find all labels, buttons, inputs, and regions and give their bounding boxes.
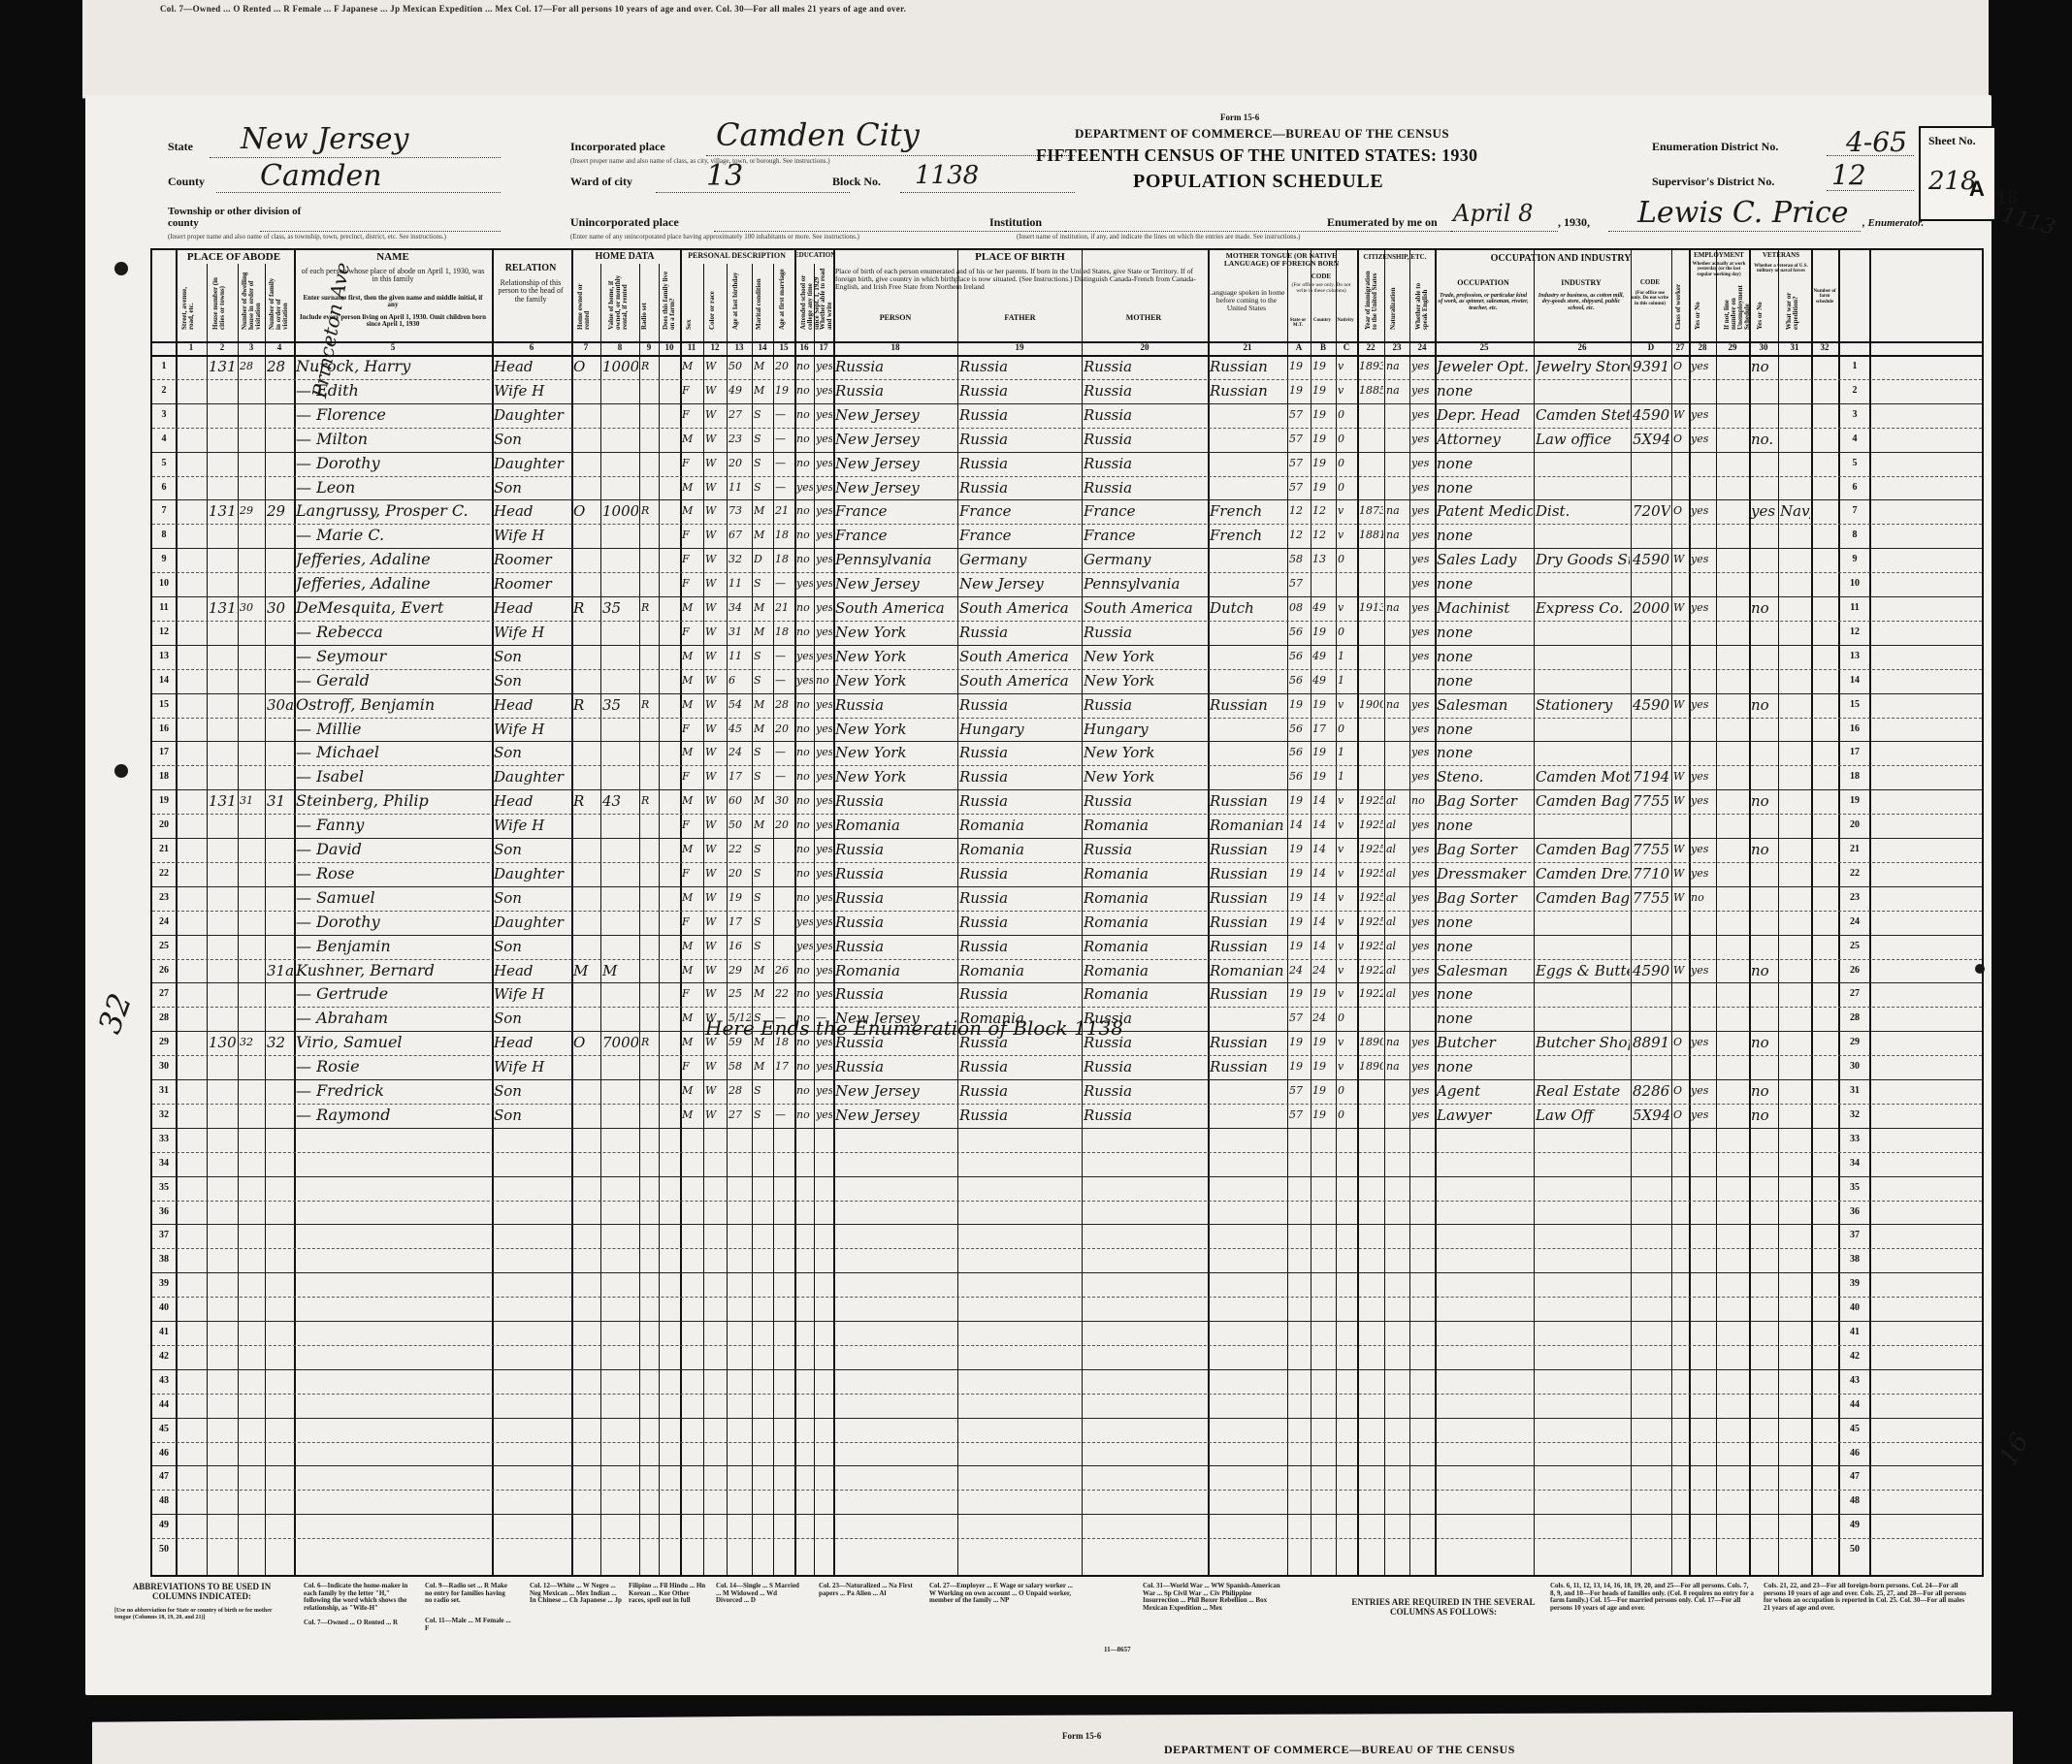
column-divider (814, 264, 815, 1575)
binder-hole (114, 262, 128, 275)
line-number-left: 18 (153, 771, 175, 782)
cell-age: 49 (728, 379, 751, 402)
column-number: A (1287, 342, 1311, 352)
cell-race: W (705, 548, 726, 571)
cell-natur: na (1386, 596, 1408, 620)
line-number-left: 11 (153, 602, 175, 613)
cell-age-marr: — (775, 765, 793, 788)
line-number-left: 25 (153, 941, 175, 951)
cell-relation: Daughter (494, 911, 570, 934)
cell-read: yes (816, 1104, 832, 1127)
cell-work: yes (1691, 428, 1715, 451)
line-number-right: 21 (1844, 844, 1865, 854)
cell-age-marr: — (775, 1104, 793, 1127)
cell-occ-code: 4590 (1633, 959, 1670, 982)
cell-pob: Russia (835, 886, 956, 910)
cell-name: — Benjamin (296, 935, 491, 958)
column-number: 9 (639, 342, 659, 352)
cell-code-b: 19 (1312, 476, 1335, 499)
cell-work: yes (1691, 548, 1715, 571)
line-number-right: 17 (1844, 747, 1865, 757)
cell-race: W (705, 911, 726, 934)
cell-occ-code: 4590 (1633, 403, 1670, 427)
row-rule (152, 1297, 1982, 1298)
cell-age-marr: — (775, 645, 793, 668)
cell-code-a: 56 (1289, 621, 1310, 644)
cell-read: yes (816, 693, 832, 717)
cell-code-c: 0 (1338, 1079, 1356, 1103)
cell-marital: S (754, 403, 772, 427)
cell-code-c: 0 (1338, 1007, 1356, 1030)
vheader-naturalization: Naturalization (1390, 270, 1397, 330)
cell-age: 22 (728, 838, 751, 861)
line-number-right: 44 (1844, 1399, 1865, 1410)
column-divider (1287, 250, 1288, 1575)
cell-english: yes (1411, 911, 1434, 934)
cell-code-c: 0 (1338, 621, 1356, 644)
cell-age: 17 (728, 911, 751, 934)
cell-work: yes (1691, 499, 1715, 523)
line-number-left: 49 (153, 1520, 175, 1530)
vheader-race: Color or race (709, 268, 716, 330)
cell-school: no (796, 499, 813, 523)
cell-age: 6 (728, 669, 751, 692)
cell-marital: S (754, 886, 772, 910)
row-rule (152, 1224, 1982, 1225)
cell-read: yes (816, 814, 832, 837)
cell-age-marr: 21 (775, 499, 793, 523)
cell-sex: M (682, 499, 702, 523)
cell-school: no (796, 982, 813, 1006)
cell-code-a: 57 (1289, 572, 1310, 595)
cell-dwelling: 28 (240, 355, 264, 378)
column-divider (1778, 250, 1779, 1575)
cell-class: W (1673, 862, 1688, 885)
cell-sex: M (682, 741, 702, 764)
cell-code-b: 14 (1312, 838, 1335, 861)
cell-immig: 1925 (1359, 789, 1383, 813)
cell-read: yes (816, 838, 832, 861)
header-farm-schedule: Number of farm schedule (1813, 289, 1836, 305)
cell-sex: F (682, 379, 702, 402)
schedule-title: POPULATION SCHEDULE (1133, 171, 1383, 193)
footer-entries-2: Cols. 21, 22, and 23—For all foreign-bor… (1764, 1583, 1967, 1613)
cell-age: 50 (728, 814, 751, 837)
cell-dwelling: 32 (240, 1031, 264, 1054)
cell-natur: al (1386, 838, 1408, 861)
cell-occupation: Jeweler Opt. (1437, 355, 1533, 378)
closing-note: Here Ends the Enumeration of Block 1138 (705, 1016, 1123, 1040)
line-number-right: 32 (1844, 1109, 1865, 1120)
line-number-right: 42 (1844, 1351, 1865, 1362)
line-number-left: 17 (153, 747, 175, 757)
cell-industry: Camden Dress Shop (1536, 862, 1630, 885)
cell-tongue: Russian (1210, 355, 1286, 378)
cell-race: W (705, 789, 726, 813)
column-number: 7 (571, 342, 600, 352)
cell-code-c: 1 (1338, 741, 1356, 764)
cell-vet: no (1751, 838, 1777, 861)
cell-work: yes (1691, 1031, 1715, 1054)
cell-pob-father: Russia (959, 693, 1081, 717)
cell-english: yes (1411, 379, 1434, 402)
cell-owned: M (573, 959, 599, 982)
cell-code-b: 14 (1312, 789, 1335, 813)
cell-pob-mother: Russia (1084, 1079, 1207, 1103)
state-label: State (168, 140, 193, 154)
cell-occupation: Attorney (1437, 428, 1533, 451)
cell-occupation: Depr. Head (1437, 403, 1533, 427)
footer-col31: Col. 31—World War ... WW Spanish-America… (1143, 1583, 1288, 1613)
population-table: PLACE OF ABODE NAME of each person whose… (150, 248, 1984, 1577)
column-divider (703, 264, 704, 1575)
cell-race: W (705, 524, 726, 547)
cell-industry: Camden Motor Home (1536, 765, 1630, 788)
cell-occupation: Dressmaker (1437, 862, 1533, 885)
cell-radio: R (641, 499, 658, 523)
cell-industry: Dry Goods Store (1536, 548, 1630, 571)
line-number-right: 7 (1844, 505, 1865, 516)
cell-house: 1310 (209, 789, 237, 813)
column-number: 11 (680, 342, 703, 352)
cell-sex: M (682, 428, 702, 451)
cell-age: 16 (728, 935, 751, 958)
cell-pob-father: Romania (959, 838, 1081, 861)
cell-occ-code: 5X94 (1633, 428, 1670, 451)
cell-class: W (1673, 693, 1688, 717)
vheader-age-first-marriage: Age at first marriage (779, 268, 786, 330)
line-number-left: 44 (153, 1399, 175, 1410)
vheader-work-yes-no: Yes or No (1695, 289, 1701, 330)
next-department-title: DEPARTMENT OF COMMERCE—BUREAU OF THE CEN… (1164, 1743, 1515, 1757)
cell-english: yes (1411, 452, 1434, 475)
column-divider (1671, 250, 1672, 1575)
group-occupation-industry: OCCUPATION AND INDUSTRY (1435, 254, 1687, 265)
cell-pob-mother: Russia (1084, 403, 1207, 427)
margin-note-right: 1113 (1999, 203, 2058, 241)
cell-value: 43 (602, 789, 638, 813)
cell-school: no (796, 355, 813, 378)
vheader-marital: Marital condition (756, 268, 762, 330)
cell-code-b: 19 (1312, 1055, 1335, 1078)
cell-relation: Wife H (494, 379, 570, 402)
cell-name: — Rebecca (296, 621, 491, 644)
cell-marital: S (754, 838, 772, 861)
cell-english: yes (1411, 765, 1434, 788)
cell-pob-mother: Romania (1084, 814, 1207, 837)
cell-name: Steinberg, Philip (296, 789, 491, 813)
cell-occupation: none (1437, 982, 1533, 1006)
cell-read: yes (816, 403, 832, 427)
cell-age: 27 (728, 403, 751, 427)
cell-marital: S (754, 911, 772, 934)
cell-age: 20 (728, 862, 751, 885)
line-number-right: 31 (1844, 1085, 1865, 1096)
cell-sex: F (682, 911, 702, 934)
cell-school: no (796, 621, 813, 644)
cell-pob-mother: Romania (1084, 862, 1207, 885)
cell-code-c: v (1338, 838, 1356, 861)
tongue-description: Language spoken in home before coming to… (1208, 289, 1285, 312)
cell-industry: Real Estate (1536, 1079, 1630, 1103)
institution-label: Institution (989, 215, 1042, 230)
enumerator-label: , Enumerator. (1862, 217, 1924, 229)
line-number-right: 13 (1844, 651, 1865, 661)
cell-race: W (705, 814, 726, 837)
column-number: 17 (814, 342, 833, 352)
cell-school: no (796, 741, 813, 764)
cell-sex: M (682, 645, 702, 668)
cell-natur: na (1386, 693, 1408, 717)
cell-tongue: Russian (1210, 838, 1286, 861)
cell-school: no (796, 838, 813, 861)
cell-occupation: Bag Sorter (1437, 838, 1533, 861)
row-rule (152, 1465, 1982, 1466)
cell-dwelling: 30 (240, 596, 264, 620)
cell-code-a: 19 (1289, 911, 1310, 934)
line-number-right: 10 (1844, 578, 1865, 589)
cell-school: yes (796, 669, 813, 692)
cell-race: W (705, 1055, 726, 1078)
cell-industry: Camden Bag Co (1536, 838, 1630, 861)
row-rule (152, 1201, 1982, 1202)
column-divider (1869, 250, 1871, 1575)
vheader-house: House number (in cities or towns) (212, 272, 226, 330)
cell-code-c: v (1338, 935, 1356, 958)
line-number-left: 24 (153, 916, 175, 927)
cell-race: W (705, 572, 726, 595)
cell-tongue: Russian (1210, 935, 1286, 958)
cell-school: no (796, 524, 813, 547)
veterans-description: Whether a veteran of U.S. military or na… (1751, 264, 1811, 274)
cell-english: yes (1411, 403, 1434, 427)
line-number-right: 46 (1844, 1448, 1865, 1459)
cell-race: W (705, 428, 726, 451)
cell-code-a: 24 (1289, 959, 1310, 982)
line-number-left: 5 (153, 458, 175, 468)
line-number-left: 20 (153, 819, 175, 830)
cell-tongue: Dutch (1210, 596, 1286, 620)
cell-class: O (1673, 1104, 1688, 1127)
vheader-value: Value of home, if owned, or monthly rent… (608, 268, 629, 330)
group-place-of-birth: PLACE OF BIRTH (833, 252, 1207, 264)
cell-marital: M (754, 1055, 772, 1078)
column-divider (600, 264, 601, 1575)
column-number: 24 (1409, 342, 1435, 352)
footer-col14: Col. 14—Single ... S Married ... M Widow… (716, 1583, 803, 1605)
cell-age-marr: 21 (775, 596, 793, 620)
cell-marital: S (754, 1079, 772, 1103)
cell-relation: Wife H (494, 718, 570, 741)
group-name: NAME (296, 252, 490, 264)
cell-name: — David (296, 838, 491, 861)
column-divider (639, 264, 640, 1575)
cell-read: yes (816, 524, 832, 547)
cell-age-marr: — (775, 428, 793, 451)
cell-english: yes (1411, 935, 1434, 958)
employment-description: Whether actually at work yesterday (or t… (1690, 262, 1748, 277)
cell-immig: 1922 (1359, 959, 1383, 982)
column-divider (238, 264, 239, 1575)
cell-class: W (1673, 959, 1688, 982)
cell-immig: 1925 (1359, 814, 1383, 837)
cell-age-marr: — (775, 452, 793, 475)
column-number: 2 (207, 342, 238, 352)
cell-occ-code: 7755 (1633, 886, 1670, 910)
cell-natur: na (1386, 1055, 1408, 1078)
line-number-left: 36 (153, 1206, 175, 1217)
cell-relation: Wife H (494, 982, 570, 1006)
cell-race: W (705, 669, 726, 692)
cell-house: 1312 (209, 596, 237, 620)
cell-code-b: 19 (1312, 1104, 1335, 1127)
cell-class: O (1673, 499, 1688, 523)
cell-school: no (796, 1055, 813, 1078)
cell-school: no (796, 452, 813, 475)
county-value: Camden (260, 159, 382, 193)
department-title: DEPARTMENT OF COMMERCE—BUREAU OF THE CEN… (1075, 126, 1449, 142)
cell-pob-father: Russia (959, 741, 1081, 764)
cell-pob: France (835, 499, 956, 523)
margin-note-bottom-right: 16 (1993, 1428, 2035, 1471)
cell-marital: M (754, 718, 772, 741)
cell-code-b: 19 (1312, 1031, 1335, 1054)
code-subhead-c: Nativity (1336, 318, 1355, 323)
group-mother-tongue: MOTHER TONGUE (OR NATIVE LANGUAGE) OF FO… (1208, 252, 1355, 268)
vheader-radio: Radio set (641, 268, 648, 330)
vheader-war: What war or expedition? (1786, 289, 1799, 330)
cell-occupation: none (1437, 476, 1533, 499)
column-number: 26 (1534, 342, 1631, 352)
cell-relation: Head (494, 1031, 570, 1054)
cell-pob-father: Germany (959, 548, 1081, 571)
line-number-right: 9 (1844, 554, 1865, 564)
cell-pob-mother: Russia (1084, 428, 1207, 451)
cell-school: yes (796, 572, 813, 595)
cell-work: yes (1691, 959, 1715, 982)
column-divider (1082, 250, 1083, 1575)
cell-pob-mother: Russia (1084, 355, 1207, 378)
column-divider (727, 264, 728, 1575)
cell-pob-father: Russia (959, 428, 1081, 451)
column-number: 1 (176, 342, 207, 352)
cell-pob-mother: France (1084, 499, 1207, 523)
cell-name: — Abraham (296, 1007, 491, 1030)
cell-immig: 1873 (1359, 499, 1383, 523)
unincorporated-note: (Enter name of any unincorporated place … (570, 233, 859, 241)
cell-race: W (705, 499, 726, 523)
cell-english: yes (1411, 838, 1434, 861)
cell-occ-code: 7194 (1633, 765, 1670, 788)
cell-pob-father: Russia (959, 621, 1081, 644)
line-number-left: 9 (153, 554, 175, 564)
row-rule (152, 1176, 1982, 1177)
cell-pob: New Jersey (835, 1079, 956, 1103)
cell-work: yes (1691, 765, 1715, 788)
cell-name: Jefferies, Adaline (296, 572, 491, 595)
cell-work: yes (1691, 693, 1715, 717)
cell-code-b: 12 (1312, 524, 1335, 547)
cell-school: no (796, 379, 813, 402)
cell-race: W (705, 765, 726, 788)
cell-code-a: 58 (1289, 548, 1310, 571)
cell-name: — Rose (296, 862, 491, 885)
cell-age-marr: 20 (775, 814, 793, 837)
cell-code-c: 1 (1338, 669, 1356, 692)
cell-race: W (705, 379, 726, 402)
line-number-left: 47 (153, 1471, 175, 1482)
cell-occ-code: 7755 (1633, 789, 1670, 813)
cell-read: yes (816, 741, 832, 764)
cell-name: — Milton (296, 428, 491, 451)
column-number: 16 (794, 342, 814, 352)
cell-name: Virio, Samuel (296, 1031, 491, 1054)
cell-code-b: 19 (1312, 428, 1335, 451)
enumerated-year: , 1930, (1558, 215, 1590, 230)
cell-race: W (705, 959, 726, 982)
column-number: 14 (752, 342, 773, 352)
cell-english: yes (1411, 1079, 1434, 1103)
cell-pob: Russia (835, 379, 956, 402)
cell-race: W (705, 1104, 726, 1127)
line-number-left: 16 (153, 723, 175, 734)
column-number: 28 (1689, 342, 1716, 352)
column-number: B (1311, 342, 1336, 352)
cell-pob-mother: Romania (1084, 911, 1207, 934)
cell-marital: D (754, 548, 772, 571)
cell-code-c: 0 (1338, 428, 1356, 451)
cell-code-c: 0 (1338, 476, 1356, 499)
vheader-unemployment-line: If not, line number on Unemployment Sche… (1724, 289, 1751, 330)
cell-work: no (1691, 886, 1715, 910)
cell-name: Jefferies, Adaline (296, 548, 491, 571)
cell-tongue: Russian (1210, 982, 1286, 1006)
cell-pob-mother: Russia (1084, 476, 1207, 499)
cell-pob-father: Russia (959, 935, 1081, 958)
cell-occupation: Machinist (1437, 596, 1533, 620)
cell-sex: F (682, 765, 702, 788)
occupation-description: Trade, profession, or particular kind of… (1437, 293, 1530, 311)
line-number-right: 33 (1844, 1134, 1865, 1144)
cell-vet: yes (1751, 499, 1777, 523)
cell-sex: M (682, 1104, 702, 1127)
column-number: 3 (238, 342, 265, 352)
cell-immig: 1925 (1359, 911, 1383, 934)
cell-pob-father: Russia (959, 886, 1081, 910)
cell-relation: Daughter (494, 765, 570, 788)
cell-age-marr: — (775, 741, 793, 764)
cell-age-marr: 30 (775, 789, 793, 813)
cell-race: W (705, 476, 726, 499)
cell-immig: 1890 (1359, 1031, 1383, 1054)
relation-description: Relationship of this person to the head … (494, 279, 567, 304)
cell-relation: Head (494, 789, 570, 813)
cell-code-a: 19 (1289, 1055, 1310, 1078)
cell-age: 17 (728, 765, 751, 788)
cell-code-a: 57 (1289, 452, 1310, 475)
cell-pob-father: Russia (959, 355, 1081, 378)
cell-work: yes (1691, 1079, 1715, 1103)
column-number: 22 (1357, 342, 1384, 352)
line-number-left: 30 (153, 1061, 175, 1072)
cell-immig: 1900 (1359, 693, 1383, 717)
column-number: 20 (1082, 342, 1208, 352)
cell-read: yes (816, 548, 832, 571)
cell-pob-father: Romania (959, 814, 1081, 837)
cell-tongue: Russian (1210, 911, 1286, 934)
cell-marital: M (754, 379, 772, 402)
cell-english: yes (1411, 596, 1434, 620)
